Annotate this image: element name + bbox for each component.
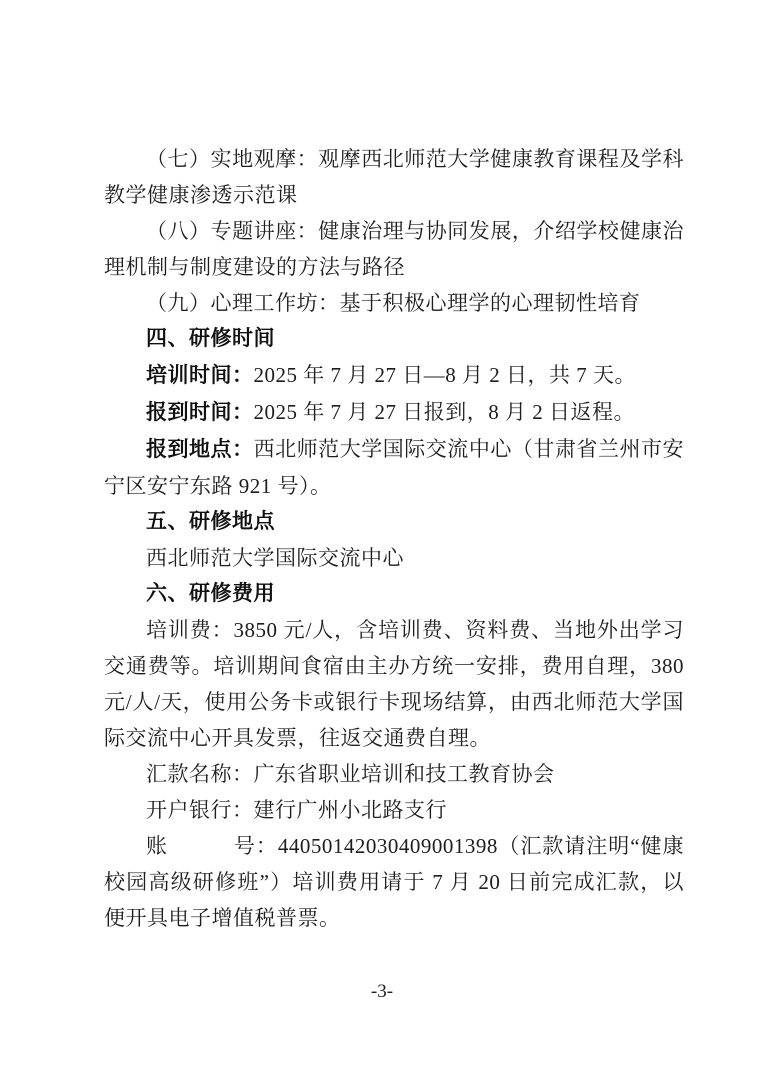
document-body: （七）实地观摩：观摩西北师范大学健康教育课程及学科教学健康渗透示范课 （八）专题… xyxy=(104,141,684,936)
para-item-8-lecture: （八）专题讲座：健康治理与协同发展，介绍学校健康治理机制与制度建设的方法与路径 xyxy=(104,213,684,285)
para-account-number: 账 号：44050142030409001398（汇款请注明“健康校园高级研修班… xyxy=(104,828,684,936)
para-fees-detail: 培训费：3850 元/人，含培训费、资料费、当地外出学习交通费等。培训期间食宿由… xyxy=(104,612,684,756)
value-training-time: 2025 年 7 月 27 日—8 月 2 日，共 7 天。 xyxy=(254,363,637,387)
heading-section-5-location: 五、研修地点 xyxy=(104,504,684,540)
para-item-7-field-observation: （七）实地观摩：观摩西北师范大学健康教育课程及学科教学健康渗透示范课 xyxy=(104,141,684,213)
label-registration-time: 报到时间： xyxy=(146,401,254,424)
para-registration-time: 报到时间：2025 年 7 月 27 日报到，8 月 2 日返程。 xyxy=(104,394,684,431)
value-registration-time: 2025 年 7 月 27 日报到，8 月 2 日返程。 xyxy=(254,400,636,424)
label-training-time: 培训时间： xyxy=(146,364,254,387)
para-location: 西北师范大学国际交流中心 xyxy=(104,540,684,576)
para-training-time: 培训时间：2025 年 7 月 27 日—8 月 2 日，共 7 天。 xyxy=(104,357,684,394)
para-bank: 开户银行：建行广州小北路支行 xyxy=(104,792,684,828)
heading-section-4-training-time: 四、研修时间 xyxy=(104,321,684,357)
label-registration-place: 报到地点： xyxy=(146,438,254,461)
heading-section-6-fees: 六、研修费用 xyxy=(104,576,684,612)
para-remittance-name: 汇款名称：广东省职业培训和技工教育协会 xyxy=(104,756,684,792)
page-number: -3- xyxy=(0,981,764,1003)
document-page: （七）实地观摩：观摩西北师范大学健康教育课程及学科教学健康渗透示范课 （八）专题… xyxy=(0,0,764,1080)
para-item-9-psych-workshop: （九）心理工作坊：基于积极心理学的心理韧性培育 xyxy=(104,285,684,321)
para-registration-place: 报到地点：西北师范大学国际交流中心（甘肃省兰州市安宁区安宁东路 921 号）。 xyxy=(104,431,684,504)
